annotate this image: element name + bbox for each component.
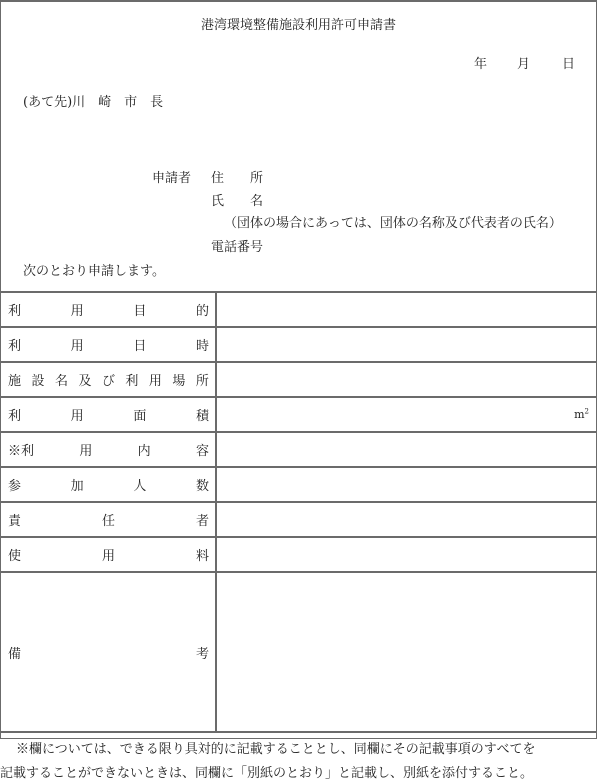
form-row-label: 利用日時 (0, 327, 216, 362)
label-char: 用 (102, 545, 115, 564)
applicant-label: 申請者 (152, 167, 191, 186)
form-row-label: 責任者 (0, 502, 216, 537)
label-char: 利 (125, 370, 138, 389)
date-day-label: 日 (562, 53, 575, 72)
form-row-label: ※利用内容 (0, 432, 216, 467)
form-row-value-field[interactable] (216, 362, 597, 397)
form-row: 参加人数 (0, 467, 597, 502)
label-char: 施 (8, 370, 21, 389)
form-row-value-field[interactable]: m2 (216, 397, 597, 432)
label-char: 用 (71, 405, 84, 424)
form-row-value-field[interactable] (216, 292, 597, 327)
footnote-line-2: 記載することができないときは、同欄に「別紙のとおり」と記載し、別紙を添付すること… (0, 762, 597, 779)
label-char: 数 (196, 475, 209, 494)
form-row-value-field[interactable] (216, 537, 597, 572)
form-row: 施設名及び利用場所 (0, 362, 597, 397)
label-char: 人 (133, 475, 146, 494)
label-char: 的 (196, 300, 209, 319)
date-month-label: 月 (517, 53, 530, 72)
label-char: 所 (196, 370, 209, 389)
date-year-label: 年 (474, 53, 487, 72)
label-char: 時 (196, 335, 209, 354)
form-row: ※利用内容 (0, 432, 597, 467)
form-row-label: 参加人数 (0, 467, 216, 502)
label-char: 日 (133, 335, 146, 354)
name-label: 氏 名 (211, 190, 263, 209)
label-char: 利 (8, 335, 21, 354)
unit-square-meter: m2 (574, 408, 589, 421)
label-char: 面 (133, 405, 146, 424)
label-char: 者 (196, 510, 209, 529)
form-row-label: 利用目的 (0, 292, 216, 327)
name-note: （団体の場合にあっては、団体の名称及び代表者の氏名） (224, 212, 562, 231)
label-char: 料 (196, 545, 209, 564)
form-row-label: 使用料 (0, 537, 216, 572)
addressee: (あて先)川 崎 市 長 (23, 91, 163, 110)
label-char: 責 (8, 510, 21, 529)
label-char: 用 (79, 440, 92, 459)
label-char: 積 (196, 405, 209, 424)
form-row-value-field[interactable] (216, 327, 597, 362)
label-char: 考 (196, 643, 209, 662)
form-row: 利用日時 (0, 327, 597, 362)
label-char: 名 (55, 370, 68, 389)
form-row-value-field[interactable] (216, 502, 597, 537)
address-label: 住 所 (211, 167, 263, 186)
form-row-value-field[interactable] (216, 432, 597, 467)
label-char: 目 (133, 300, 146, 319)
form-row: 備考 (0, 572, 597, 732)
phone-label: 電話番号 (211, 236, 263, 255)
form-row-label: 施設名及び利用場所 (0, 362, 216, 397)
form-row: 利用面積m2 (0, 397, 597, 432)
application-form-table: 利用目的利用日時施設名及び利用場所利用面積m2※利用内容参加人数責任者使用料備考 (0, 291, 597, 733)
label-char: ※利 (8, 440, 34, 459)
label-char: 場 (172, 370, 185, 389)
label-char: び (102, 370, 115, 389)
label-char: 設 (31, 370, 44, 389)
label-char: 利 (8, 405, 21, 424)
form-row-label: 利用面積 (0, 397, 216, 432)
form-row-value-field[interactable] (216, 572, 597, 732)
label-char: 及 (78, 370, 91, 389)
intro-text: 次のとおり申請します。 (23, 260, 165, 279)
form-row: 使用料 (0, 537, 597, 572)
label-char: 備 (8, 643, 21, 662)
form-row: 利用目的 (0, 292, 597, 327)
label-char: 利 (8, 300, 21, 319)
form-row-label: 備考 (0, 572, 216, 732)
label-char: 用 (149, 370, 162, 389)
label-char: 用 (71, 335, 84, 354)
document-title: 港湾環境整備施設利用許可申請書 (0, 14, 597, 33)
label-char: 任 (102, 510, 115, 529)
label-char: 容 (196, 440, 209, 459)
label-char: 加 (71, 475, 84, 494)
label-char: 用 (71, 300, 84, 319)
footnote-line-1: ※欄については、できる限り具対的に記載することとし、同欄にその記載事項のすべてを (0, 738, 597, 762)
form-row-value-field[interactable] (216, 467, 597, 502)
label-char: 内 (138, 440, 151, 459)
form-row: 責任者 (0, 502, 597, 537)
label-char: 参 (8, 475, 21, 494)
label-char: 使 (8, 545, 21, 564)
